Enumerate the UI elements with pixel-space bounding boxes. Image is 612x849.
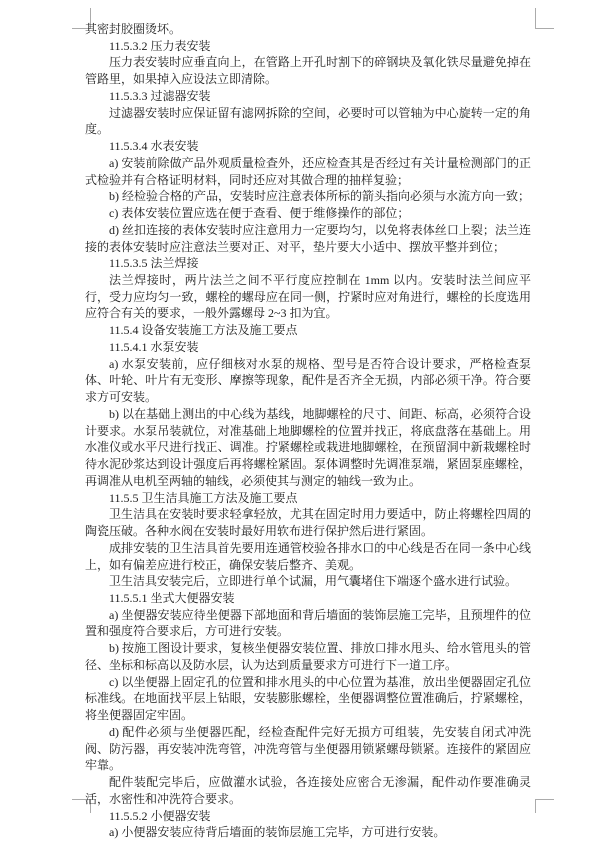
section-heading: 11.5.3.3 过滤器安装 (85, 88, 531, 105)
list-item: b) 以在基础上测出的中心线为基线，地脚螺栓的尺寸、间距、标高，必须符合设计要求… (85, 406, 531, 490)
list-item: d) 丝扣连接的表体安装时应注意用力一定要均匀，以免将表体丝口上裂；法兰连接的表… (85, 222, 531, 255)
section-heading: 11.5.5.2 小便器安装 (85, 808, 531, 825)
section-heading: 11.5.5.1 坐式大便器安装 (85, 590, 531, 607)
body-paragraph: 压力表安装时应垂直向上，在管路上开孔时割下的碎钢块及氧化铁尽量避免掉在管路里，如… (85, 54, 531, 87)
body-paragraph: 过滤器安装时应保证留有滤网拆除的空间，必要时可以管轴为中心旋转一定的角度。 (85, 105, 531, 138)
body-paragraph: 成排安装的卫生洁具首先要用连通管校验各排水口的中心线是否在同一条中心线上，如有偏… (85, 540, 531, 573)
list-item: b) 按施工图设计要求，复核坐便器安装位置、排放口排水甩头、给水管甩头的管径、坐… (85, 640, 531, 673)
section-heading: 11.5.4.1 水泵安装 (85, 339, 531, 356)
section-heading: 11.5.4 设备安装施工方法及施工要点 (85, 322, 531, 339)
body-paragraph: 配件装配完毕后，应做灌水试验，各连接处应密合无渗漏，配件动作要准确灵活，水密性和… (85, 774, 531, 807)
list-item: a) 水泵安装前，应仔细核对水泵的规格、型号是否符合设计要求，严格检查泵体、叶轮… (85, 356, 531, 406)
section-heading: 11.5.3.4 水表安装 (85, 138, 531, 155)
list-item: c) 表体安装位置应选在便于查看、便于维修操作的部位； (85, 205, 531, 222)
list-item: c) 以坐便器上固定孔的位置和排水甩头的中心位置为基准，放出坐便器固定孔位标准线… (85, 674, 531, 724)
document-page: 其密封胶圈烫坏。11.5.3.2 压力表安装压力表安装时应垂直向上，在管路上开孔… (0, 0, 612, 849)
list-item: d) 配件必须与坐便器匹配，经检查配件完好无损方可组装，先安装自闭式冲洗阀、防污… (85, 724, 531, 774)
list-item: a) 小便器安装应待背后墙面的装饰层施工完毕，方可进行安装。 (85, 824, 531, 841)
list-item: a) 坐便器安装应待坐便器下部地面和背后墙面的装饰层施工完毕，且预埋件的位置和强… (85, 607, 531, 640)
text-boundary-mark-top-right (535, 8, 554, 29)
list-item: b) 经检验合格的产品，安装时应注意表体所标的箭头指向必须与水流方向一致； (85, 188, 531, 205)
section-heading: 11.5.5 卫生洁具施工方法及施工要点 (85, 490, 531, 507)
text-boundary-mark-bottom-right (535, 799, 554, 813)
section-heading: 11.5.3.5 法兰焊接 (85, 255, 531, 272)
list-item: a) 安装前除做产品外观质量检查外，还应检查其是否经过有关计量检测部门的正式检验… (85, 155, 531, 188)
section-heading: 11.5.3.2 压力表安装 (85, 38, 531, 55)
body-paragraph: 卫生洁具在安装时要求轻拿轻放，尤其在固定时用力要适中，防止将螺栓四周的陶瓷压破。… (85, 506, 531, 539)
document-body: 其密封胶圈烫坏。11.5.3.2 压力表安装压力表安装时应垂直向上，在管路上开孔… (85, 21, 531, 841)
body-paragraph: 卫生洁具安装完后，立即进行单个试漏，用气囊堵住下端逐个盛水进行试验。 (85, 573, 531, 590)
continuation-paragraph: 其密封胶圈烫坏。 (85, 21, 531, 38)
body-paragraph: 法兰焊接时，两片法兰之间不平行度应控制在 1mm 以内。安装时法兰间应平行，受力… (85, 272, 531, 322)
